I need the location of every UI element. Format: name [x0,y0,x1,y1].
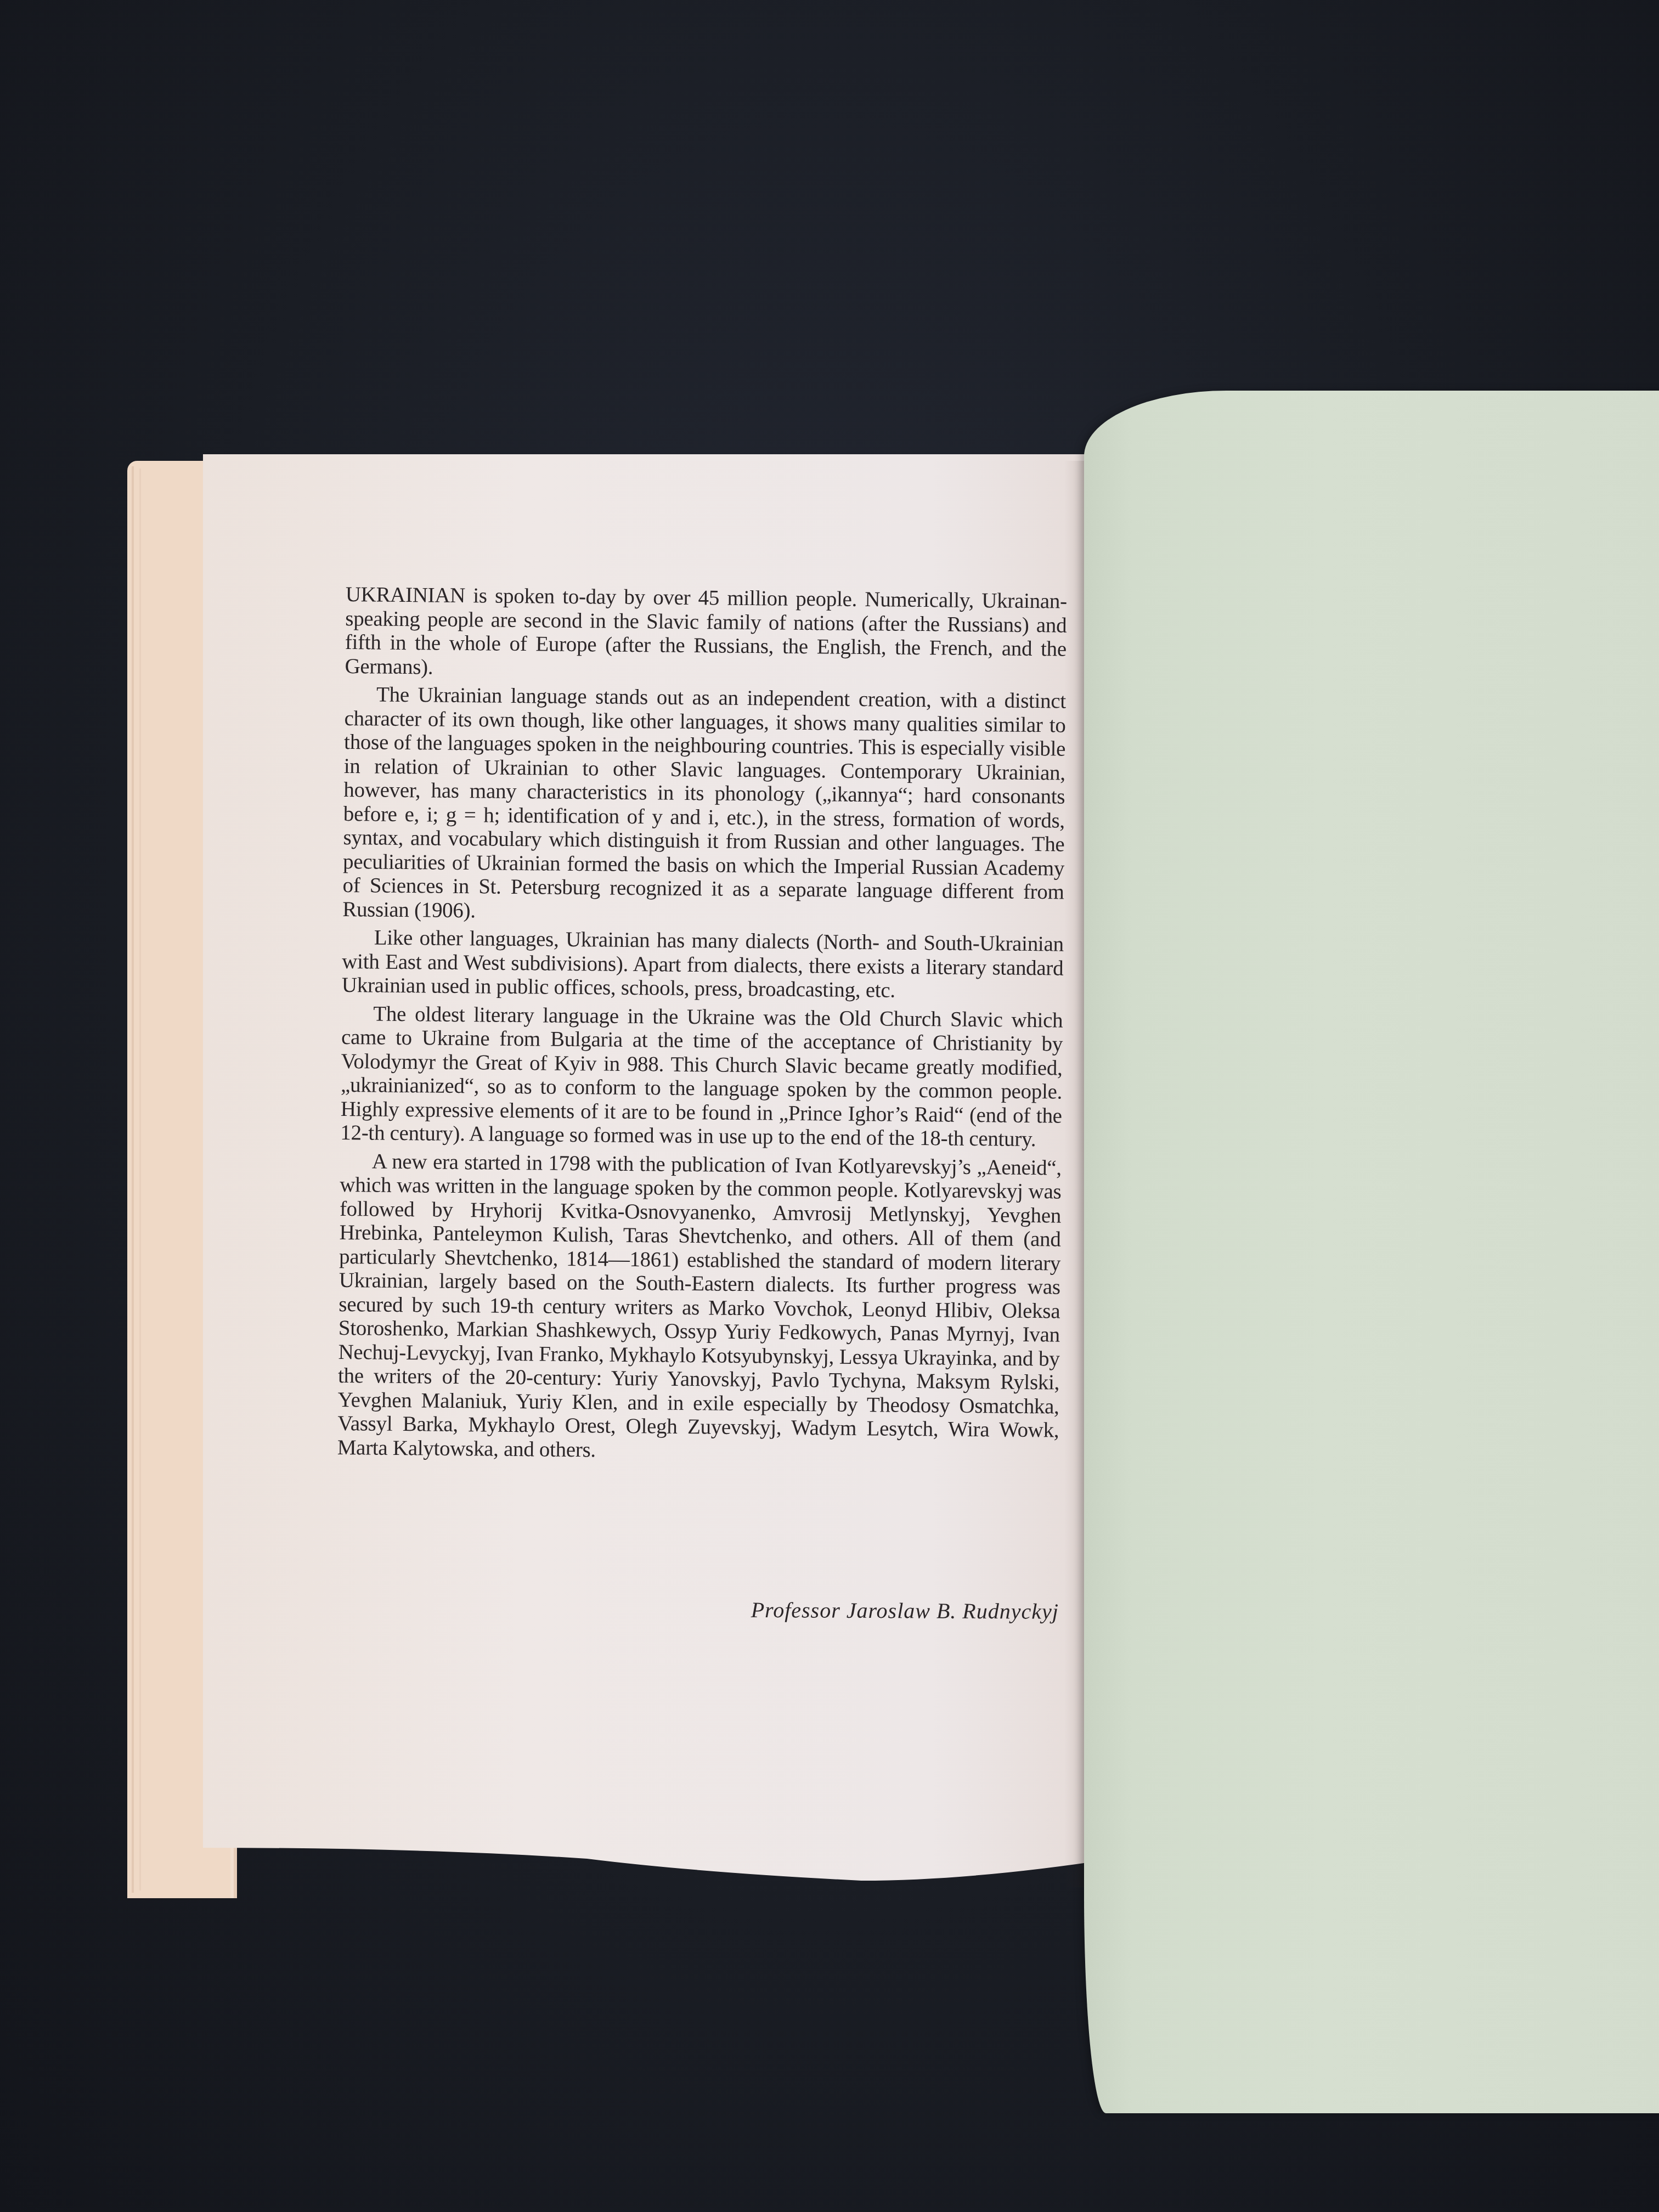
paragraph-intro: UKRAINIAN is spoken to-day by over 45 mi… [345,583,1067,685]
paragraph-old-church-slavic: The oldest literary language in the Ukra… [340,1001,1063,1152]
paragraph-new-era: A new era started in 1798 with the publi… [337,1149,1062,1466]
paragraph-dialects: Like other languages, Ukrainian has many… [342,926,1064,1004]
right-page-blank-green [1084,391,1659,2113]
article-body: UKRAINIAN is spoken to-day by over 45 mi… [337,583,1067,1471]
author-signature: Professor Jaroslaw B. Rudnyckyj [686,1596,1059,1624]
paragraph-language-character: The Ukrainian language stands out as an … [342,682,1066,928]
